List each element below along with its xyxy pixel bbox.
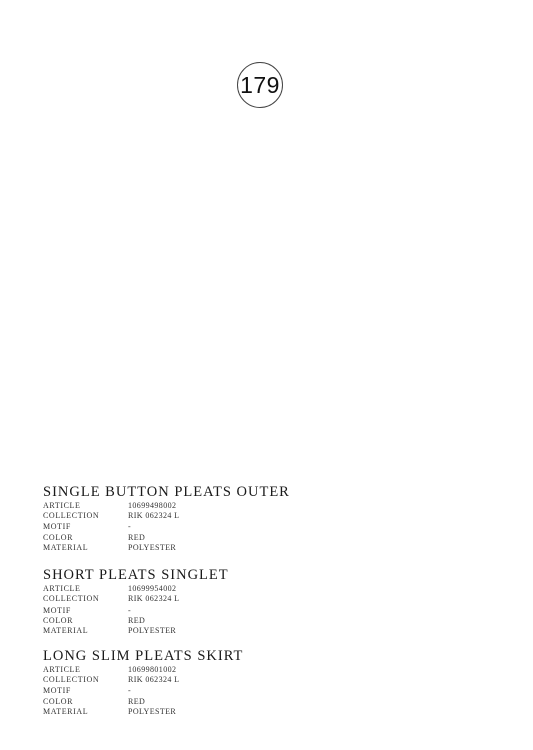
product-title: LONG SLIM PLEATS SKIRT (43, 648, 343, 664)
page-number-badge: 179 (237, 62, 283, 108)
spec-label: ARTICLE (43, 665, 128, 675)
spec-label: MOTIF (43, 686, 128, 696)
product-title: SHORT PLEATS SINGLET (43, 567, 343, 583)
spec-label: COLOR (43, 533, 128, 543)
spec-value: RED (128, 616, 145, 626)
spec-label: MATERIAL (43, 707, 128, 717)
product-item: LONG SLIM PLEATS SKIRT ARTICLE1069980100… (43, 648, 343, 717)
spec-value: RED (128, 533, 145, 543)
spec-row-motif: MOTIF- (43, 606, 343, 616)
spec-row-material: MATERIALPOLYESTER (43, 626, 343, 636)
product-title: SINGLE BUTTON PLEATS OUTER (43, 484, 343, 500)
spec-row-collection: COLLECTIONRIK 062324 L (43, 511, 343, 521)
spec-row-color: COLORRED (43, 616, 343, 626)
spec-row-material: MATERIALPOLYESTER (43, 707, 343, 717)
spec-label: COLLECTION (43, 675, 128, 685)
spec-value: - (128, 606, 131, 616)
spec-label: COLLECTION (43, 594, 128, 604)
spec-value: 10699801002 (128, 665, 176, 675)
spec-label: COLOR (43, 697, 128, 707)
spec-label: MOTIF (43, 522, 128, 532)
spec-value: 10699498002 (128, 501, 176, 511)
product-item: SINGLE BUTTON PLEATS OUTER ARTICLE106994… (43, 484, 343, 553)
spec-row-article: ARTICLE10699801002 (43, 665, 343, 675)
spec-row-color: COLORRED (43, 533, 343, 543)
spec-row-motif: MOTIF- (43, 686, 343, 696)
spec-value: - (128, 522, 131, 532)
spec-value: RIK 062324 L (128, 511, 179, 521)
spec-value: POLYESTER (128, 626, 176, 636)
spec-value: RIK 062324 L (128, 594, 179, 604)
page-number: 179 (240, 72, 280, 99)
spec-value: POLYESTER (128, 707, 176, 717)
spec-row-collection: COLLECTIONRIK 062324 L (43, 594, 343, 604)
spec-value: RIK 062324 L (128, 675, 179, 685)
spec-row-material: MATERIALPOLYESTER (43, 543, 343, 553)
spec-label: MOTIF (43, 606, 128, 616)
spec-label: COLLECTION (43, 511, 128, 521)
product-item: SHORT PLEATS SINGLET ARTICLE10699954002 … (43, 567, 343, 636)
spec-label: ARTICLE (43, 584, 128, 594)
spec-row-article: ARTICLE10699954002 (43, 584, 343, 594)
spec-label: MATERIAL (43, 543, 128, 553)
spec-row-article: ARTICLE10699498002 (43, 501, 343, 511)
spec-row-collection: COLLECTIONRIK 062324 L (43, 675, 343, 685)
spec-label: MATERIAL (43, 626, 128, 636)
spec-value: - (128, 686, 131, 696)
spec-row-color: COLORRED (43, 697, 343, 707)
spec-label: ARTICLE (43, 501, 128, 511)
spec-value: RED (128, 697, 145, 707)
spec-label: COLOR (43, 616, 128, 626)
spec-row-motif: MOTIF- (43, 522, 343, 532)
spec-value: 10699954002 (128, 584, 176, 594)
spec-value: POLYESTER (128, 543, 176, 553)
